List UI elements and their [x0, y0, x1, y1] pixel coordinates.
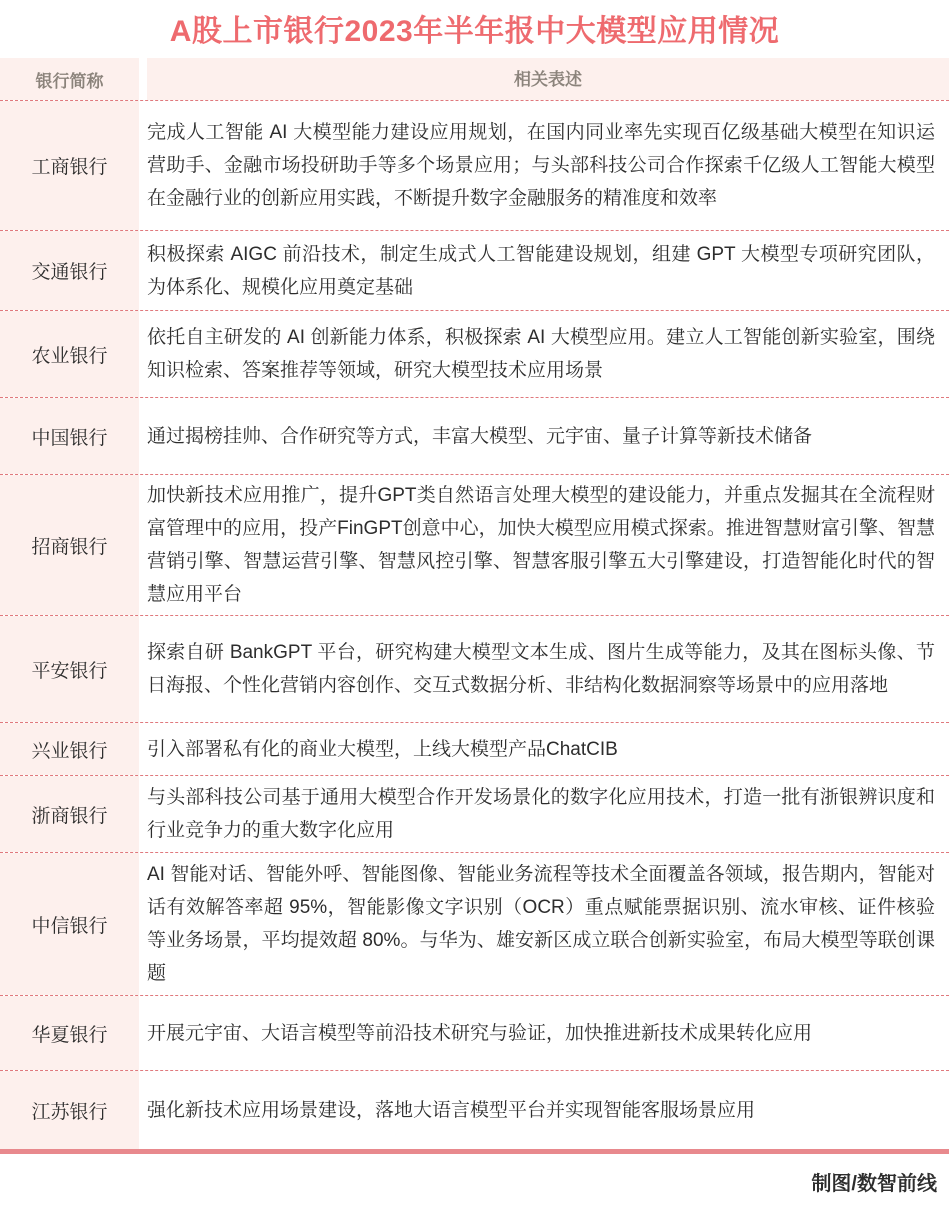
bank-name: 交通银行	[0, 231, 139, 310]
column-gutter	[139, 311, 147, 397]
column-gutter	[139, 231, 147, 310]
bank-description: 探索自研 BankGPT 平台，研究构建大模型文本生成、图片生成等能力，及其在图…	[147, 632, 949, 706]
bank-description: 开展元宇宙、大语言模型等前沿技术研究与验证，加快推进新技术成果转化应用	[147, 1013, 949, 1054]
table-row: 华夏银行 开展元宇宙、大语言模型等前沿技术研究与验证，加快推进新技术成果转化应用	[0, 996, 949, 1071]
bottom-accent-line	[0, 1149, 949, 1154]
bank-name: 中信银行	[0, 853, 139, 995]
credit-line: 制图/数智前线	[0, 1167, 949, 1196]
bank-description: 强化新技术应用场景建设，落地大语言模型平台并实现智能客服场景应用	[147, 1090, 949, 1131]
bank-name: 工商银行	[0, 101, 139, 230]
column-gutter	[139, 398, 147, 474]
column-gutter	[139, 996, 147, 1070]
table-row: 兴业银行 引入部署私有化的商业大模型，上线大模型产品ChatCIB	[0, 723, 949, 776]
bank-name: 中国银行	[0, 398, 139, 474]
table-row: 中国银行 通过揭榜挂帅、合作研究等方式，丰富大模型、元宇宙、量子计算等新技术储备	[0, 398, 949, 475]
bank-description: 通过揭榜挂帅、合作研究等方式，丰富大模型、元宇宙、量子计算等新技术储备	[147, 416, 949, 457]
column-gutter	[139, 475, 147, 615]
table-row: 浙商银行 与头部科技公司基于通用大模型合作开发场景化的数字化应用技术，打造一批有…	[0, 776, 949, 853]
table-row: 平安银行 探索自研 BankGPT 平台，研究构建大模型文本生成、图片生成等能力…	[0, 616, 949, 723]
table-row: 交通银行 积极探索 AIGC 前沿技术，制定生成式人工智能建设规划，组建 GPT…	[0, 231, 949, 311]
bank-name: 华夏银行	[0, 996, 139, 1070]
bank-name: 江苏银行	[0, 1071, 139, 1149]
table-row: 招商银行 加快新技术应用推广，提升GPT类自然语言处理大模型的建设能力，并重点发…	[0, 475, 949, 616]
column-gutter	[139, 853, 147, 995]
bank-name: 平安银行	[0, 616, 139, 722]
bank-description: 引入部署私有化的商业大模型，上线大模型产品ChatCIB	[147, 729, 949, 770]
table-row: 工商银行 完成人工智能 AI 大模型能力建设应用规划，在国内同业率先实现百亿级基…	[0, 101, 949, 231]
bank-name: 兴业银行	[0, 723, 139, 775]
bank-name: 农业银行	[0, 311, 139, 397]
table-header-row: 银行简称 相关表述	[0, 58, 949, 101]
table-row: 中信银行 AI 智能对话、智能外呼、智能图像、智能业务流程等技术全面覆盖各领域，…	[0, 853, 949, 996]
bank-description: 加快新技术应用推广，提升GPT类自然语言处理大模型的建设能力，并重点发掘其在全流…	[147, 475, 949, 615]
column-header-bank: 银行简称	[0, 58, 139, 100]
bank-description: 完成人工智能 AI 大模型能力建设应用规划，在国内同业率先实现百亿级基础大模型在…	[147, 112, 949, 219]
bank-description: 积极探索 AIGC 前沿技术，制定生成式人工智能建设规划，组建 GPT 大模型专…	[147, 234, 949, 308]
page-title: A股上市银行2023年半年报中大模型应用情况	[0, 0, 949, 58]
table-row: 农业银行 依托自主研发的 AI 创新能力体系，积极探索 AI 大模型应用。建立人…	[0, 311, 949, 398]
bank-description: 与头部科技公司基于通用大模型合作开发场景化的数字化应用技术，打造一批有浙银辨识度…	[147, 777, 949, 851]
banks-table: 银行简称 相关表述 工商银行 完成人工智能 AI 大模型能力建设应用规划，在国内…	[0, 58, 949, 1149]
column-gutter	[139, 616, 147, 722]
column-header-description: 相关表述	[147, 58, 949, 100]
column-gutter	[139, 723, 147, 775]
column-gutter	[139, 1071, 147, 1149]
table-row: 江苏银行 强化新技术应用场景建设，落地大语言模型平台并实现智能客服场景应用	[0, 1071, 949, 1149]
bank-name: 浙商银行	[0, 776, 139, 852]
bank-description: 依托自主研发的 AI 创新能力体系，积极探索 AI 大模型应用。建立人工智能创新…	[147, 317, 949, 391]
bank-name: 招商银行	[0, 475, 139, 615]
column-gutter	[139, 101, 147, 230]
infographic-page: A股上市银行2023年半年报中大模型应用情况 银行简称 相关表述 工商银行 完成…	[0, 0, 949, 1207]
column-gutter	[139, 776, 147, 852]
bank-description: AI 智能对话、智能外呼、智能图像、智能业务流程等技术全面覆盖各领域，报告期内，…	[147, 854, 949, 994]
column-gutter	[139, 58, 147, 100]
